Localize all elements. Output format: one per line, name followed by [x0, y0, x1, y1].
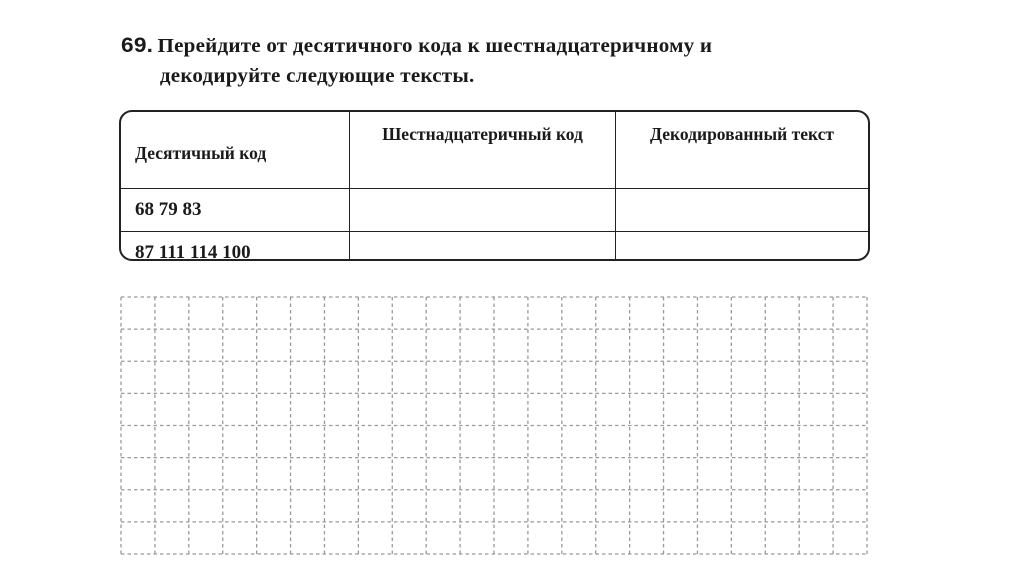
grid-lines	[120, 296, 868, 555]
task-line-2: декодируйте следующие тексты.	[121, 62, 942, 92]
conversion-table: Десятичный код Шестнадцатеричный код Дек…	[119, 110, 870, 261]
table-header-row: Десятичный код Шестнадцатеричный код Дек…	[121, 112, 868, 189]
task-line-1: 69.Перейдите от десятичного кода к шестн…	[121, 31, 942, 62]
hex-answer-cell[interactable]	[350, 232, 616, 262]
task-number: 69.	[121, 34, 153, 57]
hex-answer-cell[interactable]	[350, 189, 616, 232]
squared-writing-area	[120, 296, 868, 555]
header-decimal-code: Десятичный код	[121, 112, 350, 189]
table-row: 87 111 114 100	[121, 232, 868, 262]
task-statement: 69.Перейдите от десятичного кода к шестн…	[121, 31, 881, 92]
header-decoded-text: Декодированный текст	[616, 112, 869, 189]
decimal-cell: 87 111 114 100	[121, 232, 350, 262]
decoded-answer-cell[interactable]	[616, 189, 869, 232]
decimal-cell: 68 79 83	[121, 189, 350, 232]
decoded-answer-cell[interactable]	[616, 232, 869, 262]
header-hex-code: Шестнадцатеричный код	[350, 112, 616, 189]
table-row: 68 79 83	[121, 189, 868, 232]
task-text-1: Перейдите от десятичного кода к шестнадц…	[158, 36, 713, 57]
